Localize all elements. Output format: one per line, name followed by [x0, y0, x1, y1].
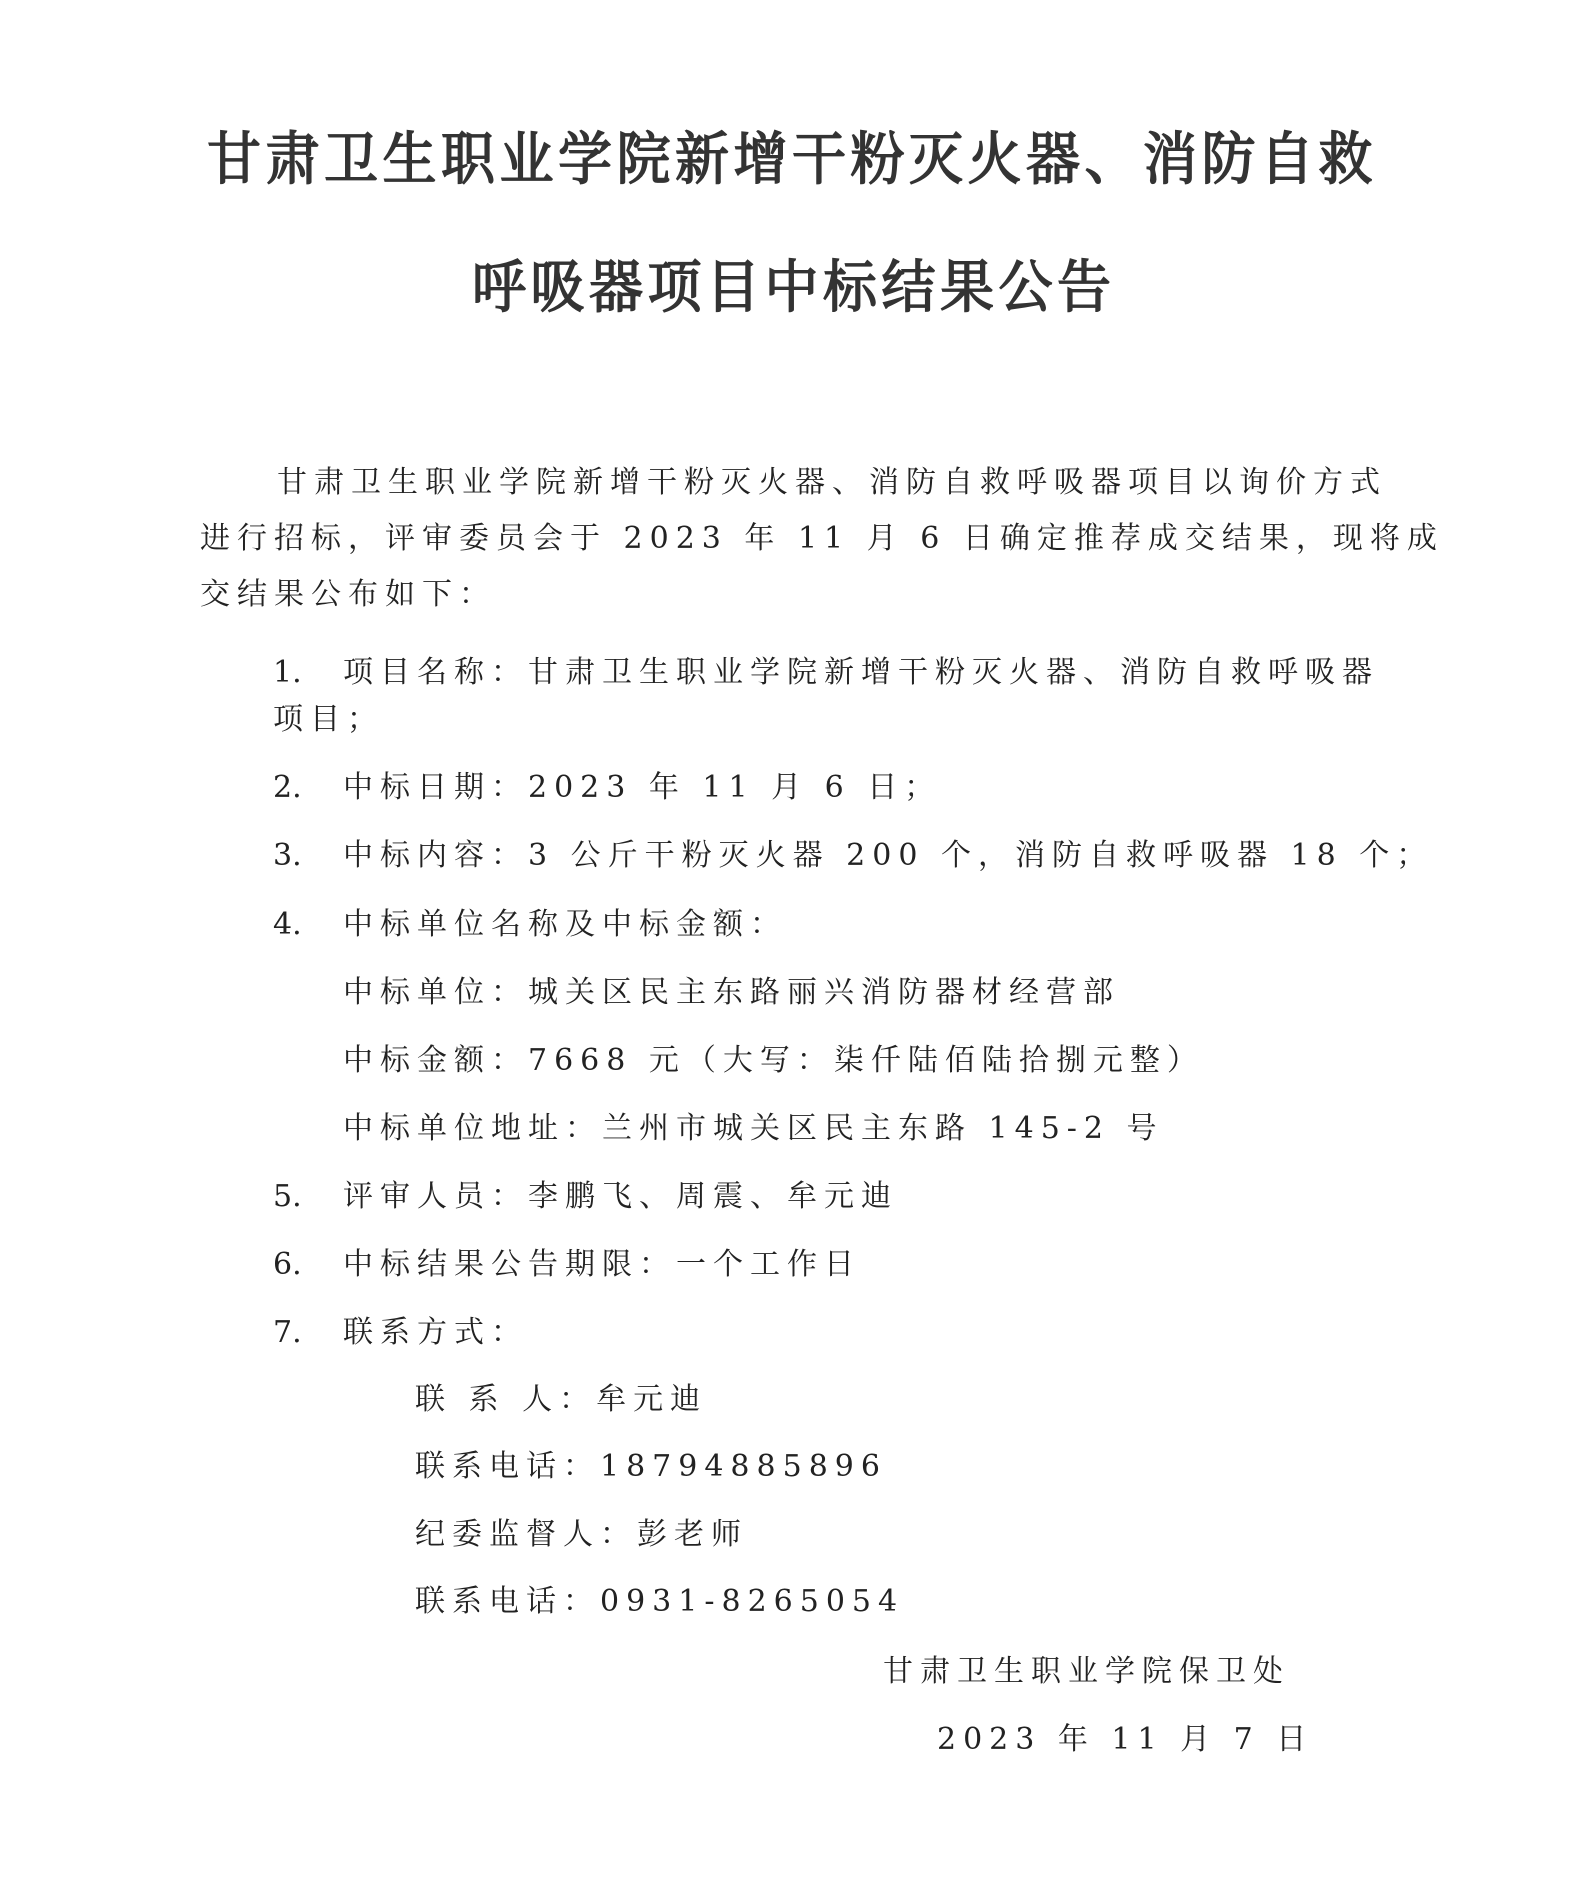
supervisor: 纪委监督人：彭老师	[415, 1520, 748, 1550]
item-6-number: 6.	[273, 1250, 302, 1280]
title-line-2: 呼吸器项目中标结果公告	[472, 258, 1116, 315]
item-3-text: 中标内容：3 公斤干粉灭火器 200 个，消防自救呼吸器 18 个；	[343, 841, 1433, 871]
intro-line-2: 进行招标，评审委员会于 2023 年 11 月 6 日确定推荐成交结果，现将成	[200, 524, 1444, 554]
supervisor-phone: 联系电话：0931-8265054	[415, 1587, 904, 1617]
item-4-text: 中标单位名称及中标金额：	[343, 910, 787, 940]
item-2-text: 中标日期：2023 年 11 月 6 日；	[343, 773, 941, 803]
signature-org: 甘肃卫生职业学院保卫处	[883, 1657, 1290, 1687]
item-7-text: 联系方式：	[343, 1318, 528, 1348]
item-1-number: 1.	[273, 658, 302, 688]
intro-line-1: 甘肃卫生职业学院新增干粉灭火器、消防自救呼吸器项目以询价方式	[277, 468, 1387, 498]
item-5-number: 5.	[273, 1182, 302, 1212]
winning-amount: 中标金额：7668 元（大写：柒仟陆佰陆拾捌元整）	[343, 1046, 1204, 1076]
item-7-number: 7.	[273, 1318, 302, 1348]
intro-line-3: 交结果公布如下：	[200, 580, 496, 610]
contact-phone: 联系电话：18794885896	[415, 1452, 887, 1482]
contact-person: 联 系 人：牟元迪	[415, 1385, 707, 1415]
item-5-text: 评审人员：李鹏飞、周震、牟元迪	[343, 1182, 898, 1212]
item-4-number: 4.	[273, 910, 302, 940]
item-1-text-cont: 项目；	[273, 705, 384, 735]
title-line-1: 甘肃卫生职业学院新增干粉灭火器、消防自救	[207, 130, 1377, 187]
winning-company-address: 中标单位地址：兰州市城关区民主东路 145-2 号	[343, 1114, 1164, 1144]
item-2-number: 2.	[273, 773, 302, 803]
signature-date: 2023 年 11 月 7 日	[937, 1725, 1313, 1755]
item-6-text: 中标结果公告期限：一个工作日	[343, 1250, 861, 1280]
item-3-number: 3.	[273, 841, 302, 871]
winning-company: 中标单位：城关区民主东路丽兴消防器材经营部	[343, 978, 1120, 1008]
item-1-text: 项目名称：甘肃卫生职业学院新增干粉灭火器、消防自救呼吸器	[343, 658, 1379, 688]
